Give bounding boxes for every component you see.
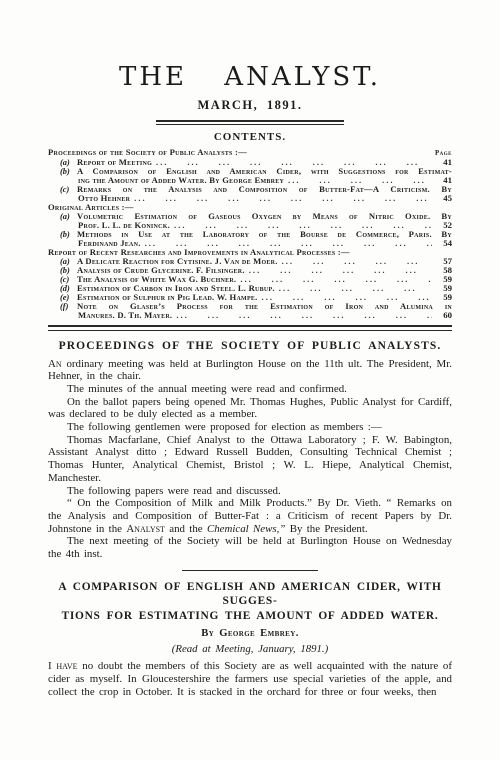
leader-dots: ... ... ... ... ... ... ... ... ... ... … bbox=[275, 284, 432, 293]
proceedings-heading: PROCEEDINGS OF THE SOCIETY OF PUBLIC ANA… bbox=[48, 340, 452, 353]
table-of-contents: Proceedings of the Society of Public Ana… bbox=[48, 148, 452, 320]
article-heading: A COMPARISON OF ENGLISH AND AMERICAN CID… bbox=[54, 580, 446, 624]
journal-title: THE ANALYST. bbox=[48, 62, 452, 92]
paragraph: An ordinary meeting was held at Burlingt… bbox=[48, 358, 452, 383]
issue-date: MARCH, 1891. bbox=[48, 98, 452, 113]
journal-name-italic: Chemical News,” bbox=[207, 523, 285, 535]
paragraph: “ On the Composition of Milk and Milk Pr… bbox=[48, 497, 452, 535]
paragraph-text: no doubt the members of this Society are… bbox=[48, 660, 452, 697]
toc-entry-label: (f) bbox=[60, 302, 77, 311]
toc-entry-label: (c) bbox=[60, 275, 77, 284]
article-heading-line2: TIONS FOR ESTIMATING THE AMOUNT OF ADDED… bbox=[62, 610, 439, 622]
proceedings-section: PROCEEDINGS OF THE SOCIETY OF PUBLIC ANA… bbox=[48, 340, 452, 561]
lead-word: An bbox=[48, 358, 62, 370]
paragraph-text: and the bbox=[165, 523, 207, 535]
article-heading-line1: A COMPARISON OF ENGLISH AND AMERICAN CID… bbox=[58, 581, 441, 608]
toc-page-number: 60 bbox=[432, 311, 452, 320]
toc-entry-text: Remarks on the Analysis and Composition … bbox=[77, 185, 452, 194]
cider-article-section: A COMPARISON OF ENGLISH AND AMERICAN CID… bbox=[48, 580, 452, 699]
paragraph-text: ordinary meeting was held at Burlington … bbox=[48, 358, 452, 383]
leader-dots: ... ... ... ... ... ... ... ... ... ... … bbox=[172, 311, 432, 320]
paragraph: I have no doubt the members of this Soci… bbox=[48, 660, 452, 698]
paragraph: The following papers were read and discu… bbox=[48, 485, 452, 498]
toc-entry-label: (a) bbox=[60, 158, 77, 167]
toc-entry-label: (a) bbox=[60, 212, 77, 221]
toc-entry-label: (a) bbox=[60, 257, 77, 266]
article-divider-rule bbox=[182, 570, 318, 571]
proceedings-body: An ordinary meeting was held at Burlingt… bbox=[48, 358, 452, 561]
paragraph: The minutes of the annual meeting were r… bbox=[48, 383, 452, 396]
toc-entry-text: Manures. D. Th. Mayer. bbox=[78, 311, 172, 320]
masthead: THE ANALYST. MARCH, 1891. CONTENTS. bbox=[48, 62, 452, 143]
toc-entry-label: (c) bbox=[60, 185, 77, 194]
contents-heading: CONTENTS. bbox=[48, 131, 452, 143]
toc-entry-label: (b) bbox=[60, 266, 77, 275]
toc-section-text: Proceedings of the Society of Public Ana… bbox=[48, 148, 247, 157]
paragraph: The following gentlemen were proposed fo… bbox=[48, 421, 452, 434]
toc-page-number: 45 bbox=[432, 194, 452, 203]
paragraph-text: By the President. bbox=[285, 523, 367, 535]
leader-dots: ... ... ... ... ... ... ... ... ... ... … bbox=[278, 257, 432, 266]
contents-body-divider-rule bbox=[48, 325, 452, 331]
toc-page-number: 54 bbox=[432, 239, 452, 248]
leader-dots: ... ... ... ... ... ... ... ... ... ... … bbox=[245, 266, 432, 275]
journal-page: THE ANALYST. MARCH, 1891. CONTENTS. Proc… bbox=[0, 0, 500, 760]
journal-name-smallcaps: Analyst bbox=[126, 523, 165, 535]
article-byline: By George Embrey. bbox=[48, 628, 452, 639]
paragraph: On the ballot papers being opened Mr. Th… bbox=[48, 396, 452, 421]
paragraph: Thomas Macfarlane, Chief Analyst to the … bbox=[48, 434, 452, 485]
toc-entry-label: (e) bbox=[60, 293, 77, 302]
lead-word: I have bbox=[48, 660, 78, 672]
paragraph: The next meeting of the Society will be … bbox=[48, 535, 452, 560]
toc-entry-label: (b) bbox=[60, 167, 77, 176]
masthead-double-rule bbox=[156, 120, 344, 125]
toc-entry-label: (b) bbox=[60, 230, 77, 239]
article-body: I have no doubt the members of this Soci… bbox=[48, 660, 452, 698]
leader-dots: ... ... ... ... ... ... ... ... ... ... … bbox=[130, 194, 432, 203]
article-read-note: (Read at Meeting, January, 1891.) bbox=[48, 643, 452, 655]
toc-row: Manures. D. Th. Mayer. ... ... ... ... .… bbox=[48, 311, 452, 320]
toc-entry-label: (d) bbox=[60, 284, 77, 293]
